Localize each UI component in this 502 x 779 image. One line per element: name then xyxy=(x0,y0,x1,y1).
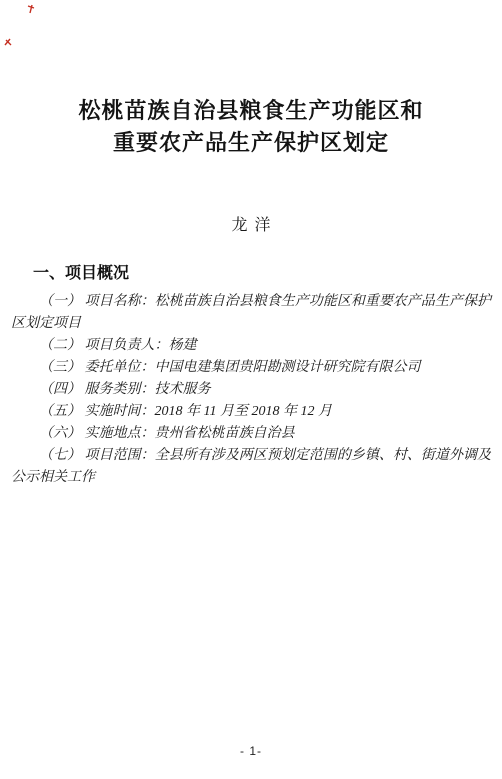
document-page: 松桃苗族自治县粮食生产功能区和 重要农产品生产保护区划定 龙洋 一、项目概况 （… xyxy=(0,0,502,779)
document-title-line1: 松桃苗族自治县粮食生产功能区和 xyxy=(0,95,502,127)
item-project-scope: （七） 项目范围：全县所有涉及两区预划定范围的乡镇、村、街道外调及公示相关工作 xyxy=(11,445,491,489)
item-service-category: （四） 服务类别：技术服务 xyxy=(11,379,491,401)
stray-red-mark-icon xyxy=(3,37,13,48)
page-number: - 1- xyxy=(0,744,502,758)
item-implementation-place: （六） 实施地点：贵州省松桃苗族自治县 xyxy=(11,423,491,445)
author-name: 龙洋 xyxy=(0,212,502,235)
document-title-line2: 重要农产品生产保护区划定 xyxy=(0,127,502,159)
item-project-leader: （二） 项目负责人：杨建 xyxy=(11,335,491,357)
project-overview-list: （一） 项目名称：松桃苗族自治县粮食生产功能区和重要农产品生产保护区划定项目 （… xyxy=(11,291,491,489)
item-project-name: （一） 项目名称：松桃苗族自治县粮食生产功能区和重要农产品生产保护区划定项目 xyxy=(11,291,491,335)
item-implementation-time: （五） 实施时间：2018 年 11 月至 2018 年 12 月 xyxy=(11,401,491,423)
item-commissioning-unit: （三） 委托单位：中国电建集团贵阳勘测设计研究院有限公司 xyxy=(11,357,491,379)
section-heading: 一、项目概况 xyxy=(33,260,129,283)
stray-red-mark-icon xyxy=(26,4,36,15)
document-title: 松桃苗族自治县粮食生产功能区和 重要农产品生产保护区划定 xyxy=(0,95,502,159)
